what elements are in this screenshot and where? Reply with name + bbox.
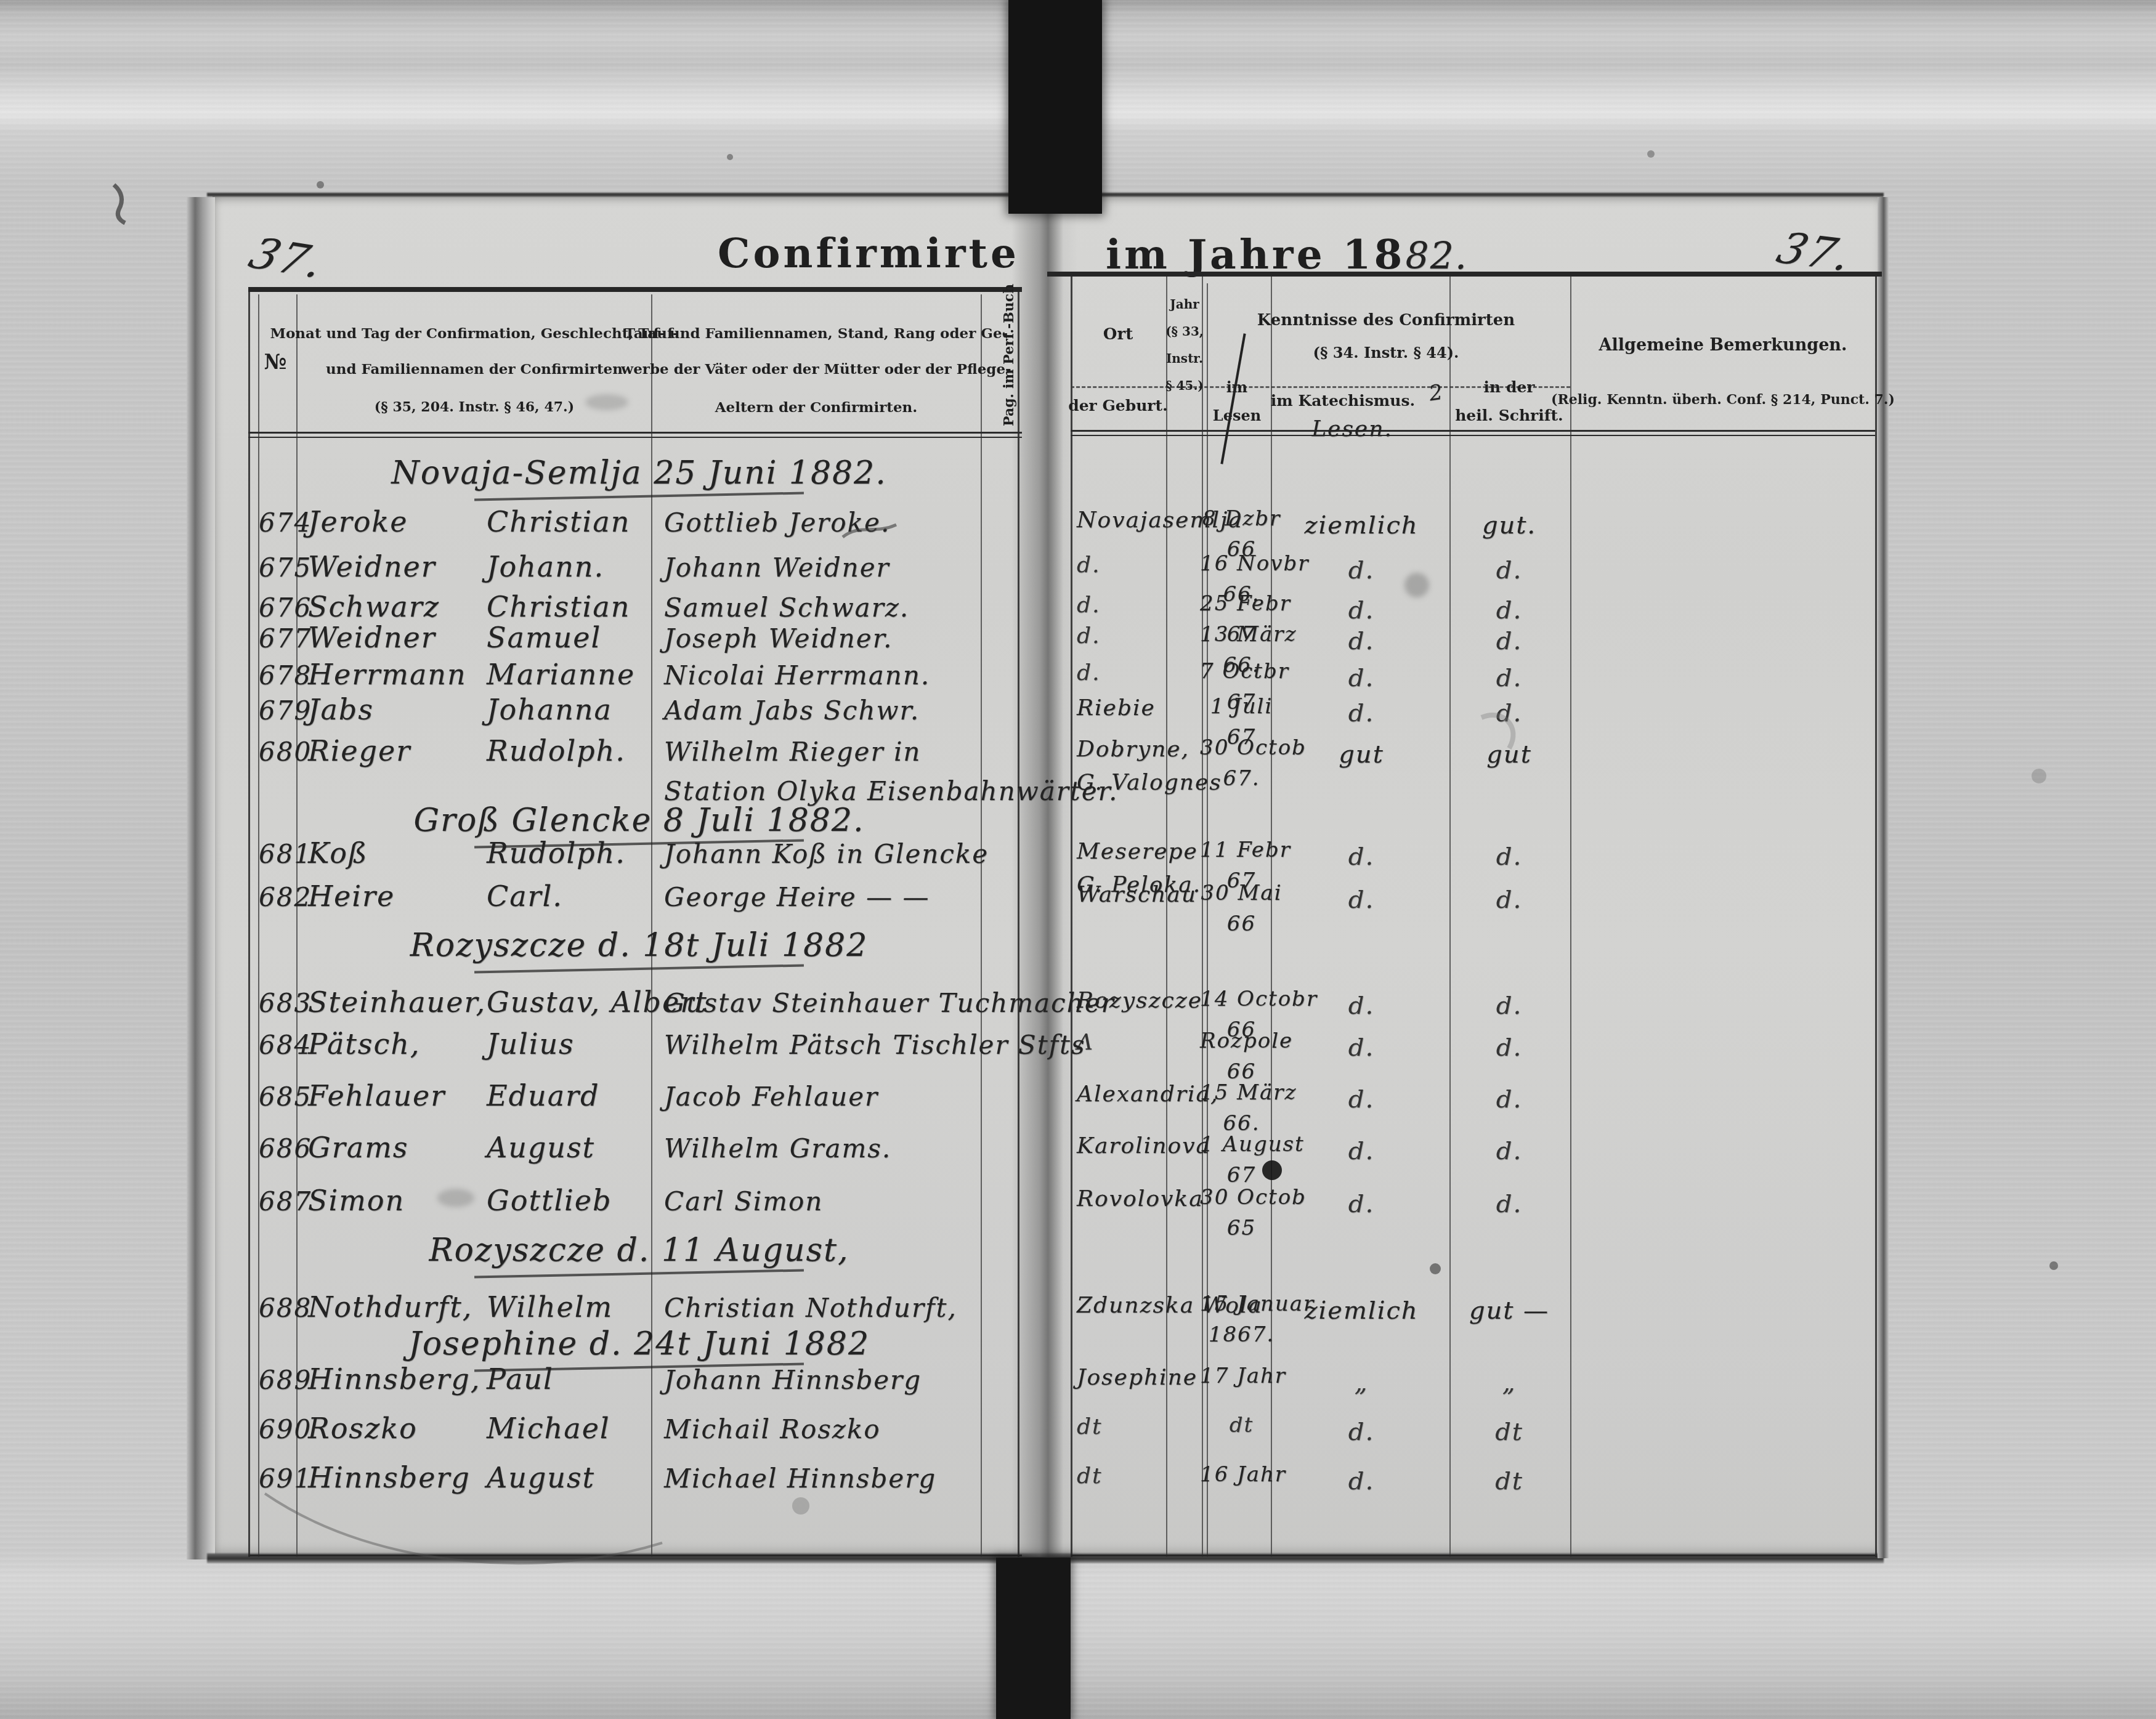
smudge xyxy=(437,1189,474,1207)
film-splice-strip-top xyxy=(1008,0,1102,214)
smudge xyxy=(585,394,628,410)
microfilm-scan: 37. 37. Confirmirte im Jahre 1882. № Mon… xyxy=(0,0,2156,1719)
pencil-and-ink-marks xyxy=(0,0,2156,1719)
film-splice-strip-bottom xyxy=(996,1558,1071,1719)
smudge xyxy=(1404,573,1429,597)
